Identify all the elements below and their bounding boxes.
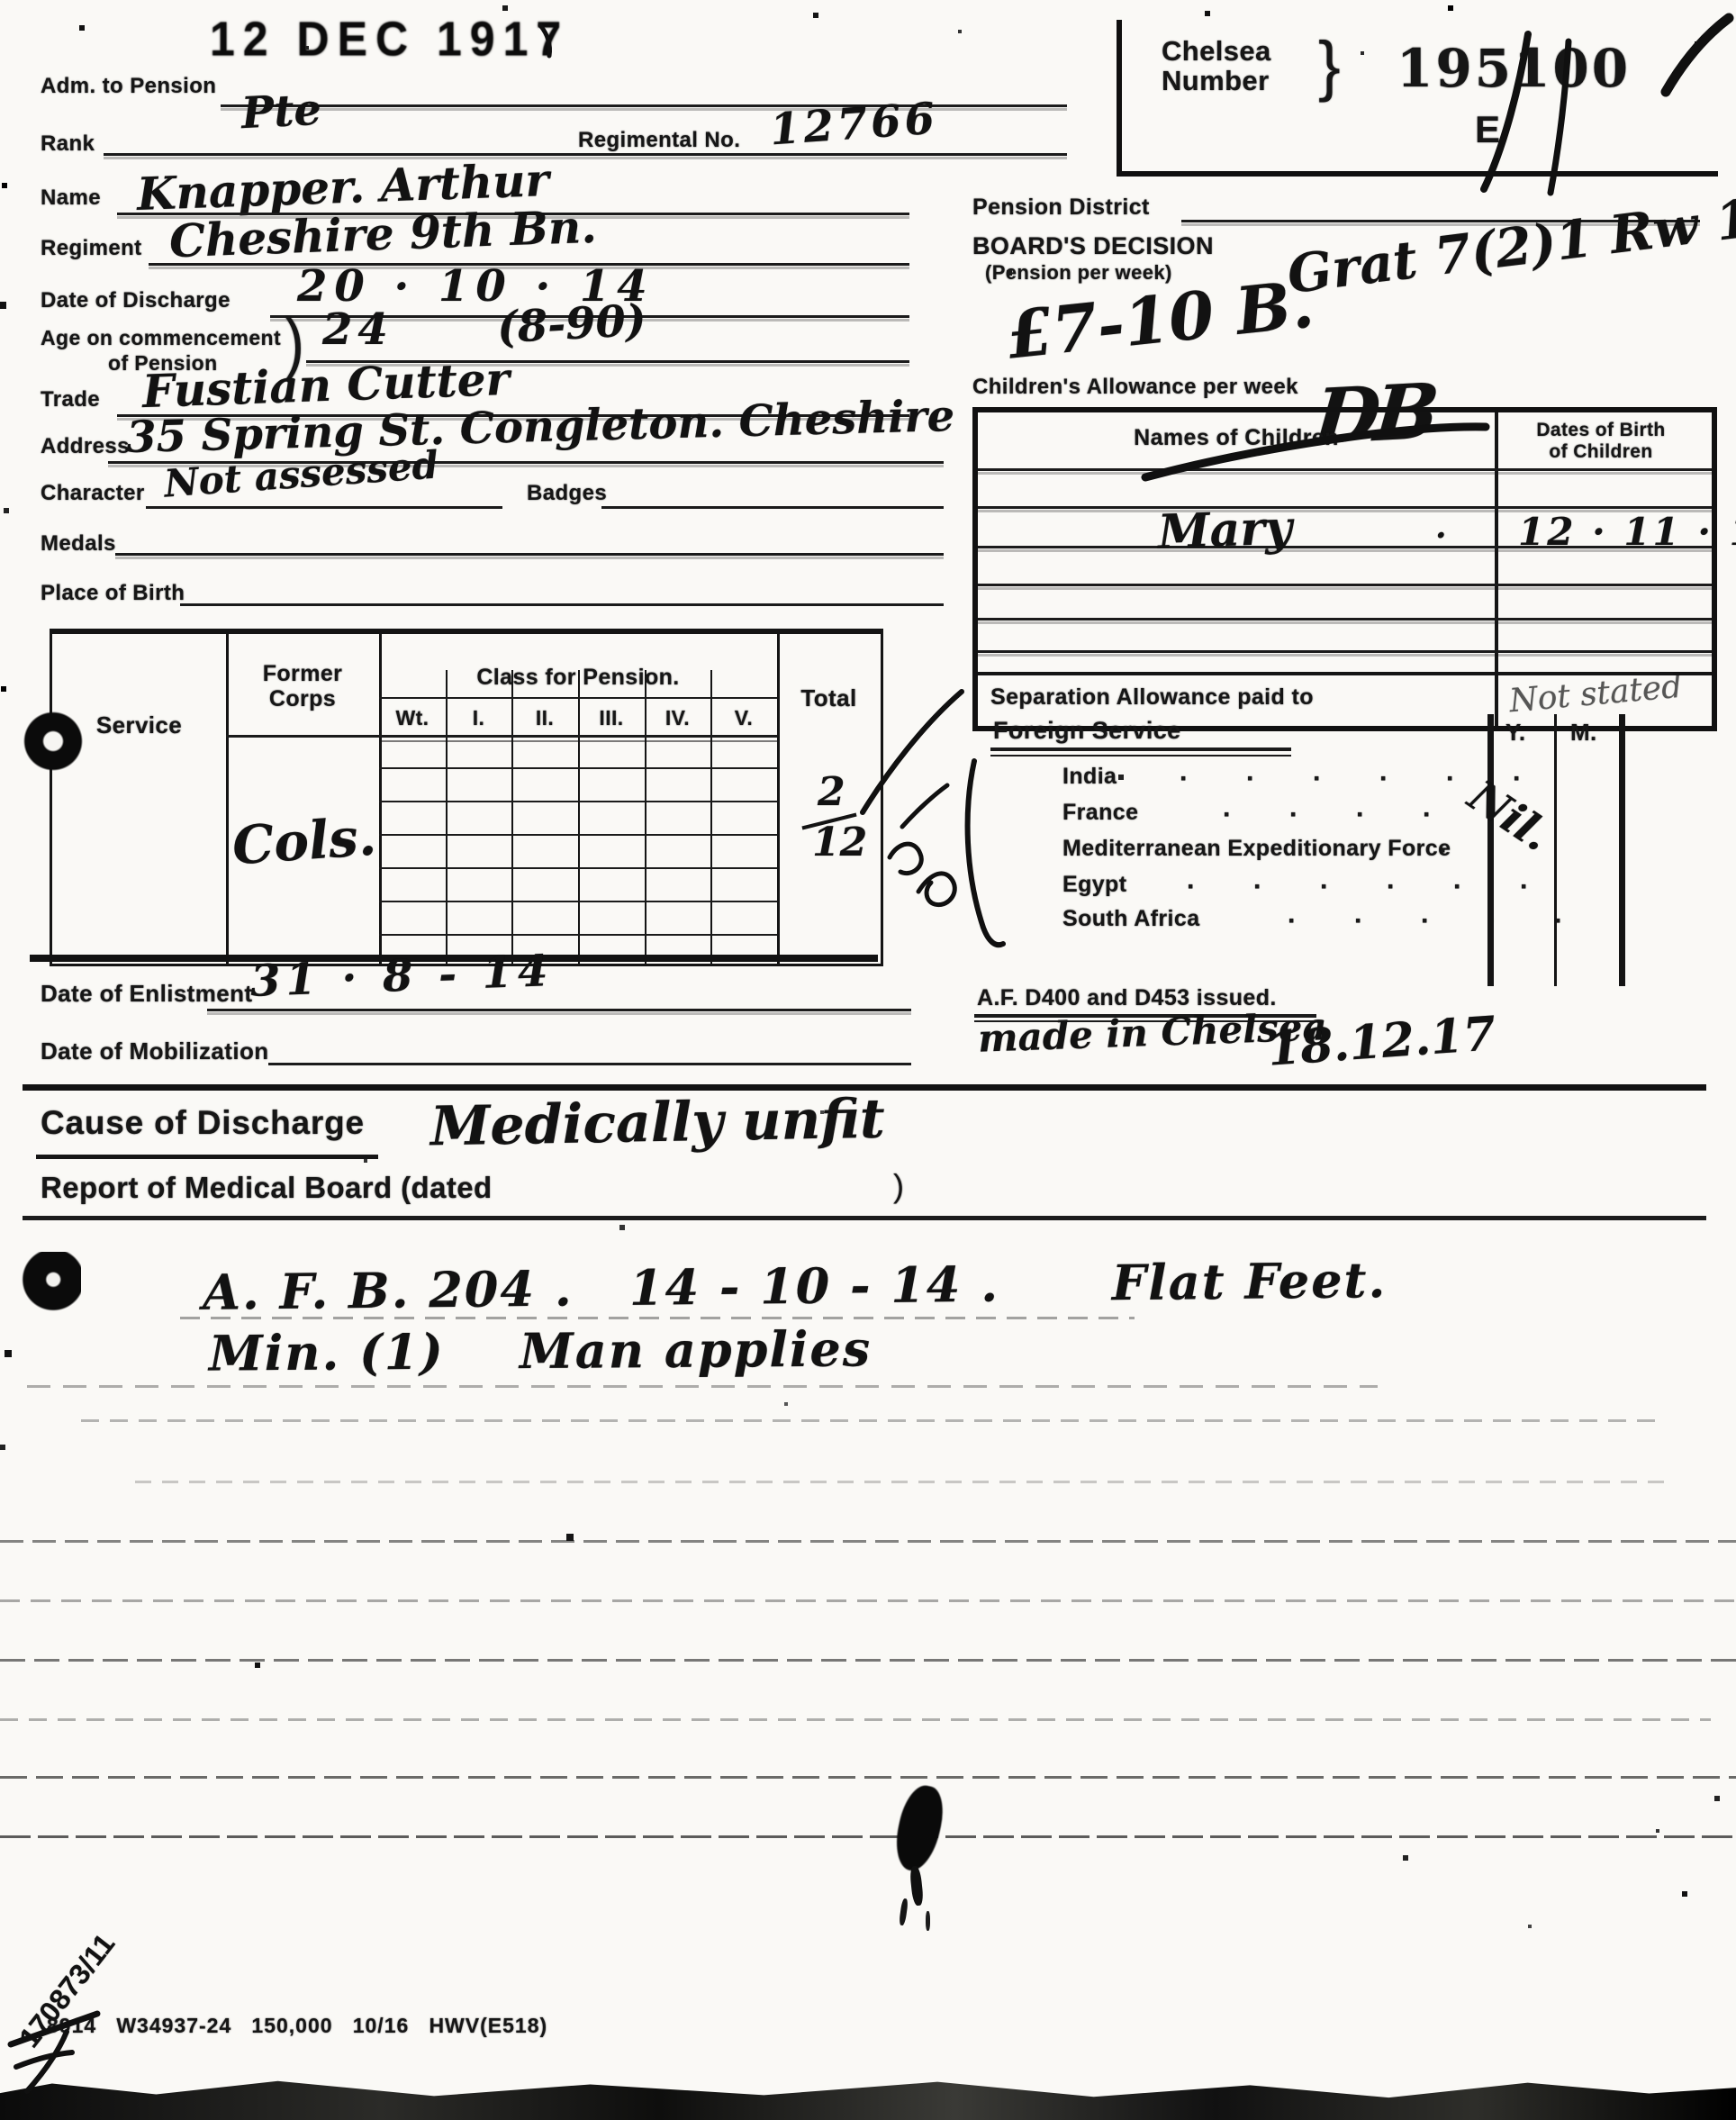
medical-note-line1: A. F. B. 204 . 14 - 10 - 14 . Flat Feet. xyxy=(203,1251,1388,1321)
class-col-3: III. xyxy=(578,706,645,730)
form-imprint: 8914 W34937-24 150,000 10/16 HWV(E518) xyxy=(47,2014,547,2038)
class-col-2: II. xyxy=(511,706,578,730)
childrens-allowance-label: Children's Allowance per week xyxy=(972,375,1298,400)
dob-header-line2: of Children xyxy=(1498,441,1704,462)
address-label: Address xyxy=(41,434,130,459)
age-value: 24 xyxy=(322,304,393,355)
child-name: Mary xyxy=(1157,500,1293,559)
pension-district-label: Pension District xyxy=(972,195,1150,221)
cause-of-discharge-value: Medically unfit xyxy=(429,1088,885,1159)
medals-label: Medals xyxy=(41,531,116,557)
child-dob: 12 · 11 · 13 xyxy=(1518,510,1736,554)
hole-punch xyxy=(23,711,83,771)
medical-note-line2: Min. (1) Man applies xyxy=(209,1319,873,1382)
regimental-no-label: Regimental No. xyxy=(578,128,740,153)
date-of-discharge-label: Date of Discharge xyxy=(41,288,231,313)
foreign-col-years-header: Y. xyxy=(1505,719,1525,747)
chelsea-number-box: Chelsea Number } 195100 E xyxy=(1117,20,1718,177)
date-stamp: 12 DEC 1917 xyxy=(210,11,569,68)
child-dot: · xyxy=(1435,517,1447,555)
ink-blotch xyxy=(891,1781,949,1874)
total-header: Total xyxy=(777,684,881,712)
foreign-row-south-africa: South Africa xyxy=(1062,906,1200,932)
total-value-fraction: 2 12 xyxy=(792,769,873,868)
character-label: Character xyxy=(41,481,145,506)
boards-decision-sub-label: (Pension per week) xyxy=(985,261,1172,285)
place-of-birth-label: Place of Birth xyxy=(41,581,185,606)
service-table: Service Former Corps Class for Pension. … xyxy=(50,629,883,966)
foreign-row-france: France xyxy=(1062,800,1138,826)
boards-decision-label: BOARD'S DECISION xyxy=(972,232,1214,260)
date-of-mobilization-label: Date of Mobilization xyxy=(41,1037,269,1065)
chelsea-label-line1: Chelsea xyxy=(1162,36,1271,66)
former-corps-header-line1: Former xyxy=(226,661,379,687)
former-corps-header-line2: Corps xyxy=(226,686,379,712)
regimental-no-value: 12766 xyxy=(768,94,939,156)
foreign-col-months-header: M. xyxy=(1570,719,1597,747)
pension-record-card: 12 DEC 1917 Chelsea Number } 195100 E Ad… xyxy=(0,0,1736,2120)
foreign-row-mef: Mediterranean Expeditionary Force xyxy=(1062,836,1451,862)
class-col-1: I. xyxy=(446,706,511,730)
rank-value: Pte xyxy=(240,85,323,140)
name-label: Name xyxy=(41,186,101,211)
foreign-row-india: India xyxy=(1062,764,1117,790)
chelsea-number: 195100 xyxy=(1397,38,1631,99)
age-note: (8-90) xyxy=(496,295,647,354)
dob-header-line1: Dates of Birth xyxy=(1498,420,1704,440)
total-denominator: 12 xyxy=(812,820,867,865)
cause-of-discharge-label: Cause of Discharge xyxy=(41,1104,365,1142)
foreign-row-mef-leaders: · xyxy=(1439,836,1450,866)
foreign-row-egypt-leaders: · · · · · · xyxy=(1187,872,1531,902)
date-of-enlistment-label: Date of Enlistment xyxy=(41,980,252,1008)
chelsea-label-line2: Number xyxy=(1162,66,1270,95)
rank-label: Rank xyxy=(41,131,95,157)
names-of-children-header: Names of Children xyxy=(978,425,1495,451)
separation-allowance-label: Separation Allowance paid to xyxy=(990,684,1314,711)
class-for-pension-header: Class for Pension. xyxy=(379,665,777,691)
age-label-line1: Age on commencement xyxy=(41,326,281,350)
chelsea-brace: } xyxy=(1318,27,1341,104)
boards-decision-value-right: Grat 7(2)1 Rw 17. xyxy=(1284,181,1736,305)
adm-to-pension-label: Adm. to Pension xyxy=(41,74,216,99)
regiment-label: Regiment xyxy=(41,236,142,261)
foreign-row-france-leaders: · · · · · xyxy=(1223,800,1500,830)
former-corps-value: Cols. xyxy=(231,806,378,877)
trade-label: Trade xyxy=(41,387,100,412)
hole-punch xyxy=(18,1252,81,1315)
date-of-enlistment-value: 31 · 8 - 14 xyxy=(249,946,554,1007)
separation-allowance-value: Not stated xyxy=(1508,668,1684,720)
class-col-wt: Wt. xyxy=(379,706,446,730)
scan-speckles xyxy=(0,0,2,2)
class-col-4: IV. xyxy=(645,706,710,730)
report-close-paren: ) xyxy=(893,1167,904,1205)
class-col-5: V. xyxy=(710,706,777,730)
children-table: Names of Children Dates of Birth of Chil… xyxy=(972,407,1717,731)
foreign-service-title: Foreign Service xyxy=(993,717,1181,745)
foreign-row-india-leaders: · · · · · · xyxy=(1180,764,1524,794)
total-numerator: 2 xyxy=(818,769,845,815)
foreign-row-egypt: Egypt xyxy=(1062,872,1126,898)
chelsea-suffix-letter: E xyxy=(1475,108,1500,151)
report-of-medical-board-label: Report of Medical Board (dated xyxy=(41,1171,493,1205)
badges-label: Badges xyxy=(527,481,607,506)
foreign-row-south-africa-leaders: · · · · · xyxy=(1288,906,1565,937)
scan-edge-band xyxy=(0,2079,1736,2120)
